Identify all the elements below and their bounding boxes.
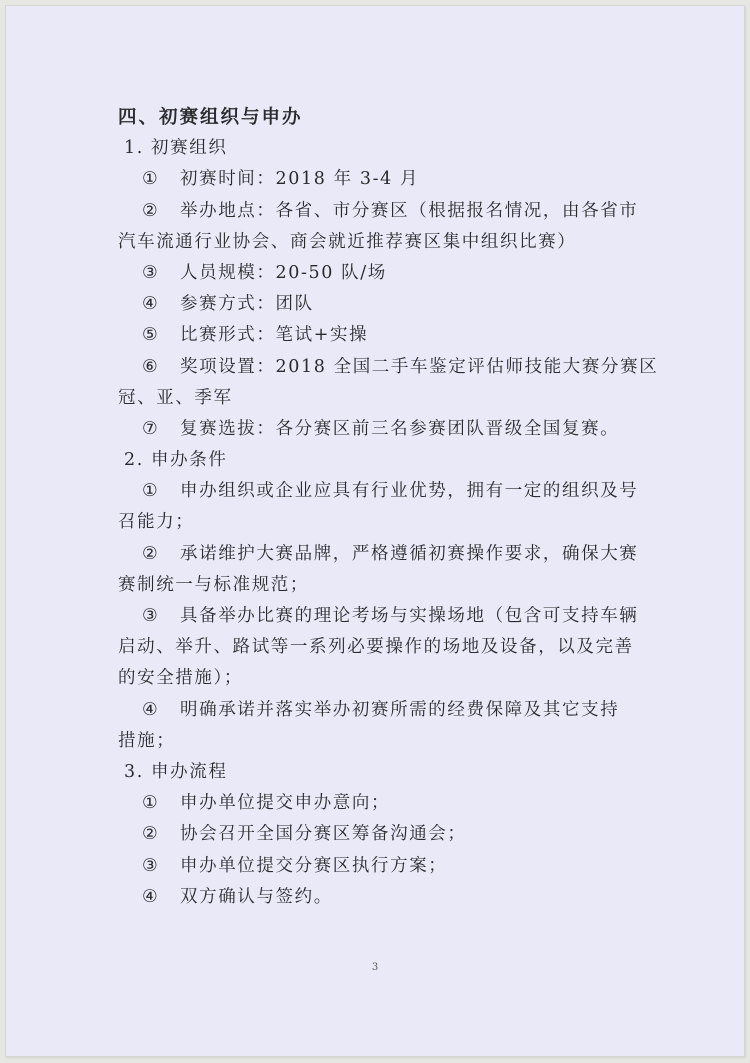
list-item: ②承诺维护大赛品牌，严格遵循初赛操作要求，确保大赛: [118, 539, 638, 570]
list-item: ①初赛时间：2018 年 3-4 月: [118, 164, 638, 195]
list-item-continuation: 召能力；: [118, 507, 638, 538]
list-item: ④明确承诺并落实举办初赛所需的经费保障及其它支持: [118, 695, 638, 726]
list-item: ②举办地点：各省、市分赛区（根据报名情况，由各省市: [118, 196, 638, 227]
list-item: ④双方确认与签约。: [118, 882, 638, 913]
list-item: ③具备举办比赛的理论考场与实操场地（包含可支持车辆: [118, 601, 638, 632]
list-item: ①申办单位提交申办意向；: [118, 788, 638, 819]
section-heading: 四、初赛组织与申办: [118, 102, 638, 133]
list-item-continuation: 措施；: [118, 726, 638, 757]
page-number: 3: [0, 962, 750, 973]
subsection-title-organization: 1. 初赛组织: [118, 133, 638, 164]
list-item: ③申办单位提交分赛区执行方案；: [118, 851, 638, 882]
list-item: ④参赛方式：团队: [118, 289, 638, 320]
document-page: 四、初赛组织与申办 1. 初赛组织 ①初赛时间：2018 年 3-4 月 ②举办…: [5, 5, 745, 1057]
document-body: 四、初赛组织与申办 1. 初赛组织 ①初赛时间：2018 年 3-4 月 ②举办…: [118, 102, 638, 913]
list-item: ①申办组织或企业应具有行业优势，拥有一定的组织及号: [118, 476, 638, 507]
list-item: ⑥奖项设置：2018 全国二手车鉴定评估师技能大赛分赛区: [118, 352, 638, 383]
subsection-title-conditions: 2. 申办条件: [118, 445, 638, 476]
list-item-continuation: 的安全措施）；: [118, 663, 638, 694]
list-item: ③人员规模：20-50 队/场: [118, 258, 638, 289]
list-item-continuation: 冠、亚、季军: [118, 383, 638, 414]
list-item: ②协会召开全国分赛区筹备沟通会；: [118, 819, 638, 850]
list-item-continuation: 汽车流通行业协会、商会就近推荐赛区集中组织比赛）: [118, 227, 638, 258]
list-item-continuation: 赛制统一与标准规范；: [118, 570, 638, 601]
subsection-title-process: 3. 申办流程: [118, 757, 638, 788]
list-item-continuation: 启动、举升、路试等一系列必要操作的场地及设备，以及完善: [118, 632, 638, 663]
list-item: ⑦复赛选拔：各分赛区前三名参赛团队晋级全国复赛。: [118, 414, 638, 445]
list-item: ⑤比赛形式：笔试+实操: [118, 320, 638, 351]
